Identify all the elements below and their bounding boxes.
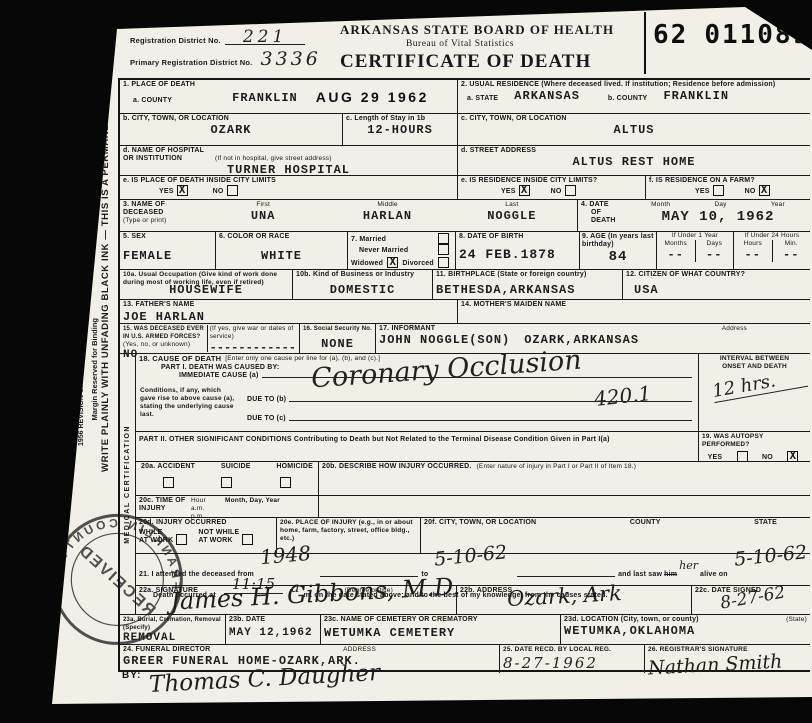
scanned-death-certificate: Dr. Gibbons 5 Form VS-4¼—40M—5-58—141976…	[0, 0, 812, 723]
usual-residence-title: 2. USUAL RESIDENCE (Where deceased lived…	[461, 81, 807, 89]
death-city-limits-yes-checkbox: X	[177, 185, 188, 196]
burial-type-label: 23a. Burial, Cremation, Removal (Specify…	[123, 616, 222, 632]
funeral-director-address-label: ADDRESS	[343, 646, 376, 654]
injury-description-label: 20b. DESCRIBE HOW INJURY OCCURRED.	[322, 463, 472, 471]
field-age: 9. AGE (In years last birthday) 84 If Un…	[579, 232, 810, 269]
field-date-received: 25. DATE RECD. BY LOCAL REG. 8-27-1962	[499, 645, 644, 673]
industry-label: 10b. Kind of Business or Industry	[296, 271, 429, 279]
middle-name-header: Middle	[325, 201, 449, 209]
first-name-header: First	[201, 201, 325, 209]
field-mother-maiden-name: 14. MOTHER'S MAIDEN NAME	[457, 300, 810, 323]
interval-label-1: INTERVAL BETWEEN	[702, 355, 807, 363]
residence-city-limits-yes-label: YES	[501, 188, 516, 196]
social-security-value: NONE	[303, 337, 372, 351]
residence-city-limits-no-checkbox	[565, 185, 576, 196]
middle-name-value: HARLAN	[325, 209, 449, 223]
field-social-security: 16. Social Security No. NONE	[299, 324, 375, 353]
field-place-of-death-county: 1. PLACE OF DEATH a. COUNTY FRANKLIN AUG…	[120, 80, 457, 113]
certificate-number: 62 011089	[653, 20, 810, 50]
injury-state-label: STATE	[754, 519, 777, 527]
primary-reg-district-value: 3336	[252, 52, 328, 67]
residence-city-limits-yes-checkbox: X	[519, 185, 530, 196]
informant-label: 17. INFORMANT	[379, 325, 435, 333]
field-date-of-death: 4. DATE OF DEATH Month Day Year MAY 10, …	[577, 200, 810, 231]
hours-header: Hours	[734, 240, 772, 248]
widowed-checkbox: X	[387, 257, 398, 268]
header-divider	[644, 12, 646, 74]
year-header: Year	[771, 201, 785, 209]
medical-certification-label: MEDICAL CERTIFICATION	[124, 425, 131, 544]
certificate-sheet: Dr. Gibbons 5 Form VS-4¼—40M—5-58—141976…	[0, 0, 812, 723]
injury-occurred-label: 20d. INJURY OCCURRED	[139, 519, 273, 527]
field-marital-status: 7. Married Never Married Widowed X Divor…	[347, 232, 455, 269]
field-residence-city: c. CITY, TOWN, OR LOCATION ALTUS	[457, 114, 810, 145]
field-cause-of-death: 18. CAUSE OF DEATH [Enter only one cause…	[136, 354, 698, 431]
city-of-death-label: b. CITY, TOWN, OR LOCATION	[123, 115, 339, 123]
place-of-injury-label: 20e. PLACE OF INJURY (e.g., in or about …	[280, 519, 417, 543]
field-time-of-injury: 20c. TIME OF INJURY Hour a.m. p.m. Month…	[136, 496, 318, 517]
death-city-limits-label: e. IS PLACE OF DEATH INSIDE CITY LIMITS	[123, 177, 454, 185]
armed-forces-dashes: ------------	[210, 341, 296, 355]
social-security-label: 16. Social Security No.	[303, 325, 372, 333]
day-header: Day	[714, 201, 726, 209]
by-label: BY:	[122, 672, 141, 680]
due-to-b-label: DUE TO (b)	[247, 396, 286, 404]
field-accident-suicide-homicide: 20a. ACCIDENT SUICIDE HOMICIDE	[136, 462, 318, 495]
age-value: 84	[582, 249, 654, 265]
not-while-at-work-checkbox	[242, 534, 253, 545]
citizenship-value: USA	[634, 283, 807, 297]
burial-date-value: MAY 12,1962	[229, 627, 317, 639]
while-label: WHILE	[139, 529, 173, 537]
sex-value: FEMALE	[123, 249, 212, 263]
field-length-of-stay: c. Length of Stay in 1b 12-HOURS	[342, 114, 457, 145]
field-time-of-injury-blank	[318, 496, 810, 517]
field-occupation: 10a. Usual Occupation (Give kind of work…	[120, 270, 292, 299]
field-birthplace: 11. BIRTHPLACE (State or foreign country…	[432, 270, 622, 299]
field-name-of-deceased: 3. NAME OF DECEASED (Type or print) Firs…	[120, 200, 577, 231]
informant-value: JOHN NOGGLE(SON)	[379, 333, 510, 347]
divorced-label: Divorced	[402, 260, 434, 268]
birthplace-label: 11. BIRTHPLACE (State or foreign country…	[436, 271, 619, 279]
field-street-address: d. STREET ADDRESS ALTUS REST HOME	[457, 146, 810, 175]
married-checkbox	[438, 233, 449, 244]
cause-of-death-label: 18. CAUSE OF DEATH	[139, 355, 221, 363]
deceased-name-sublabel: (Type or print)	[123, 217, 201, 225]
minutes-header: Min.	[773, 240, 811, 248]
margin-permanent-record-note: WRITE PLAINLY WITH UNFADING BLACK INK — …	[100, 62, 111, 472]
suicide-label: SUICIDE	[221, 463, 251, 471]
hospital-value: TURNER HOSPITAL	[123, 163, 454, 177]
due-to-c-line	[289, 420, 692, 421]
not-while-label: NOT WHILE	[198, 529, 239, 537]
field-hospital-name: d. NAME OF HOSPITAL OR INSTITUTION (If n…	[120, 146, 457, 175]
field-industry: 10b. Kind of Business or Industry DOMEST…	[292, 270, 432, 299]
autopsy-label: 19. WAS AUTOPSY PERFORMED?	[702, 433, 807, 449]
certificate-number-prefix: 62	[653, 20, 688, 50]
received-date-stamp: AUG 29 1962	[316, 89, 429, 105]
street-address-value: ALTUS REST HOME	[461, 155, 807, 169]
citizenship-label: 12. CITIZEN OF WHAT COUNTRY?	[626, 271, 807, 279]
residence-city-label: c. CITY, TOWN, OR LOCATION	[461, 115, 807, 123]
minutes-value: --	[773, 248, 811, 262]
punch-hole-bottom	[28, 463, 55, 490]
autopsy-no-checkbox: X	[787, 451, 798, 462]
residence-county-value: FRANKLIN	[663, 89, 729, 103]
hours-value: --	[734, 248, 772, 262]
date-received-label: 25. DATE RECD. BY LOCAL REG.	[503, 646, 641, 654]
accident-checkbox	[163, 477, 174, 488]
residence-farm-no-checkbox: X	[759, 185, 770, 196]
certificate-title: CERTIFICATE OF DEATH	[340, 51, 580, 73]
injury-description-sublabel: (Enter nature of injury in Part I or Par…	[477, 463, 637, 471]
widowed-label: Widowed	[351, 260, 383, 268]
father-name-value: JOE HARLAN	[123, 310, 454, 324]
sex-label: 5. SEX	[123, 233, 212, 241]
field-informant: 17. INFORMANT Address JOHN NOGGLE(SON) O…	[375, 324, 810, 353]
am-label: a.m.	[191, 505, 225, 513]
last-name-value: NOGGLE	[450, 209, 574, 223]
county-label: a. COUNTY	[133, 97, 172, 105]
residence-farm-yes-checkbox	[713, 185, 724, 196]
place-of-death-title: 1. PLACE OF DEATH	[123, 81, 454, 89]
cemetery-location-value: WETUMKA,OKLAHOMA	[564, 624, 807, 638]
field-sex: 5. SEX FEMALE	[120, 232, 215, 269]
race-value: WHITE	[219, 249, 344, 263]
accident-label: ACCIDENT	[157, 463, 195, 470]
month-day-year-label: Month, Day, Year	[225, 497, 280, 516]
armed-forces-label: 15. WAS DECEASED EVER IN U.S. ARMED FORC…	[123, 325, 207, 341]
autopsy-yes-checkbox	[737, 451, 748, 462]
state-label: a. STATE	[467, 95, 498, 103]
days-header: Days	[696, 240, 734, 248]
reg-district-label: Registration District No.	[130, 36, 221, 45]
last-saw-her-handwritten: her	[679, 559, 698, 572]
county-value: FRANKLIN	[232, 91, 298, 105]
bureau-subtitle: Bureau of Vital Statistics	[340, 39, 580, 49]
suicide-checkbox	[221, 477, 232, 488]
burial-date-label: 23b. DATE	[229, 616, 317, 624]
title-block: ARKANSAS STATE BOARD OF HEALTH Bureau of…	[340, 22, 580, 73]
field-father-name: 13. FATHER'S NAME JOE HARLAN	[120, 300, 457, 323]
while-at-work-label: AT WORK	[139, 537, 173, 545]
homicide-checkbox	[280, 477, 291, 488]
field-residence-inside-city-limits: e. IS RESIDENCE INSIDE CITY LIMITS? YES …	[457, 176, 645, 199]
field-burial-type: 23a. Burial, Cremation, Removal (Specify…	[120, 615, 225, 644]
field-cemetery-name: 23c. NAME OF CEMETERY OR CREMATORY WETUM…	[320, 615, 560, 644]
never-married-label: Never Married	[359, 247, 408, 255]
armed-forces-sublabel-1: (Yes, no, or unknown)	[123, 341, 207, 349]
field-city-of-death: b. CITY, TOWN, OR LOCATION OZARK	[120, 114, 342, 145]
hospital-label: d. NAME OF HOSPITAL OR INSTITUTION	[123, 147, 215, 163]
date-received-value: 8-27-1962	[503, 654, 641, 672]
burial-type-value: REMOVAL	[123, 632, 222, 644]
under-1-year-header: If Under 1 Year	[657, 232, 733, 240]
margin-binding-note: Margin Reserved for Binding	[90, 318, 99, 421]
death-city-limits-yes-label: YES	[159, 188, 174, 196]
injury-city-label: 20f. CITY, TOWN, OR LOCATION	[424, 519, 536, 527]
industry-value: DOMESTIC	[296, 283, 429, 297]
not-while-at-work-label: AT WORK	[198, 537, 239, 545]
state-value: ARKANSAS	[514, 89, 580, 103]
field-autopsy: 19. WAS AUTOPSY PERFORMED? YES NO X	[698, 432, 810, 461]
mother-maiden-name-label: 14. MOTHER'S MAIDEN NAME	[461, 301, 807, 309]
field-attended-deceased: 21. I attended the deceased from 1948 to…	[136, 554, 810, 585]
months-header: Months	[657, 240, 695, 248]
divorced-checkbox	[438, 257, 449, 268]
medical-certification-strip: MEDICAL CERTIFICATION	[120, 354, 136, 614]
20a-number: 20a.	[141, 463, 155, 470]
field-how-injury-occurred: 20b. DESCRIBE HOW INJURY OCCURRED. (Ente…	[318, 462, 810, 495]
date-of-birth-label: 8. DATE OF BIRTH	[459, 233, 576, 241]
field-physician-signature: 22a. SIGNATURE (Degree or title) James H…	[136, 586, 456, 614]
residence-city-limits-label: e. IS RESIDENCE INSIDE CITY LIMITS?	[461, 177, 642, 185]
informant-address-value: OZARK,ARKANSAS	[524, 333, 639, 347]
field-residence-on-farm: f. IS RESIDENCE ON A FARM? YES NO X	[645, 176, 810, 199]
marital-number: 7.	[351, 236, 357, 243]
registration-header: Registration District No. 221 Primary Re…	[130, 30, 335, 67]
field-physician-address: 22b. ADDRESS Ozark, Ark	[456, 586, 691, 614]
deceased-name-label-2: DECEASED	[123, 209, 201, 217]
margin-handwritten-note: Dr. Gibbons	[18, 330, 36, 419]
residence-farm-no-label: NO	[745, 188, 756, 196]
race-label: 6. COLOR OR RACE	[219, 233, 344, 241]
conditions-note: Conditions, if any, which gave rise to a…	[140, 387, 236, 419]
due-to-c-label: DUE TO (c)	[247, 415, 286, 423]
board-of-health-title: ARKANSAS STATE BOARD OF HEALTH	[340, 22, 580, 38]
certificate-number-serial: 011089	[704, 20, 810, 50]
months-value: --	[657, 248, 695, 262]
hospital-sublabel: (If not in hospital, give street address…	[215, 155, 332, 163]
field-part-two: PART II. OTHER SIGNIFICANT CONDITIONS Co…	[136, 432, 698, 461]
date-of-death-value: MAY 10, 1962	[629, 209, 807, 225]
margin-form-number: Form VS-4¼—40M—5-58—141976—C.-McB.	[66, 300, 73, 437]
field-citizenship: 12. CITIZEN OF WHAT COUNTRY? USA	[622, 270, 810, 299]
cemetery-name-value: WETUMKA CEMETERY	[324, 626, 557, 640]
funeral-director-label: 24. FUNERAL DIRECTOR	[123, 646, 210, 654]
autopsy-no-label: NO	[762, 454, 773, 462]
time-of-injury-label: 20c. TIME OF INJURY	[139, 497, 191, 516]
field-death-inside-city-limits: e. IS PLACE OF DEATH INSIDE CITY LIMITS …	[120, 176, 457, 199]
while-at-work-checkbox	[176, 534, 187, 545]
field-date-signed: 22c. DATE SIGNED 8-27-62	[691, 586, 810, 614]
cause-code-handwritten: 420.1	[593, 381, 652, 411]
street-address-label: d. STREET ADDRESS	[461, 147, 807, 155]
death-city-limits-no-label: NO	[213, 188, 224, 196]
field-interval-onset-death: INTERVAL BETWEEN ONSET AND DEATH 12 hrs.	[698, 354, 810, 431]
residence-county-label: b. COUNTY	[608, 95, 648, 103]
last-name-header: Last	[450, 201, 574, 209]
margin-revision-note: 1956 REVISION OF STANDARD CERTIFICATE	[78, 295, 85, 446]
deceased-name-label-1: 3. NAME OF	[123, 201, 201, 209]
age-label: 9. AGE (In years last birthday)	[582, 233, 654, 249]
field-armed-forces: 15. WAS DECEASED EVER IN U.S. ARMED FORC…	[120, 324, 299, 353]
field-burial-date: 23b. DATE MAY 12,1962	[225, 615, 320, 644]
field-injury-at-work: 20d. INJURY OCCURRED WHILE AT WORK NOT W…	[136, 518, 276, 553]
punch-hole-top	[44, 168, 71, 195]
residence-city-limits-no-label: NO	[551, 188, 562, 196]
city-of-death-value: OZARK	[123, 123, 339, 137]
attended-from-value: 1948	[259, 541, 312, 569]
autopsy-yes-label: YES	[708, 454, 723, 462]
part-two-label: PART II. OTHER SIGNIFICANT CONDITIONS Co…	[139, 436, 695, 444]
reg-district-value: 221	[225, 30, 305, 45]
cemetery-name-label: 23c. NAME OF CEMETERY OR CREMATORY	[324, 616, 557, 624]
date-of-death-label-3: DEATH	[591, 217, 629, 225]
residence-city-value: ALTUS	[461, 123, 807, 137]
hour-label: Hour	[191, 497, 225, 505]
margin-handwritten-number: 5	[30, 300, 43, 307]
homicide-label: HOMICIDE	[276, 463, 313, 471]
field-usual-residence: 2. USUAL RESIDENCE (Where deceased lived…	[457, 80, 810, 113]
first-name-value: UNA	[201, 209, 325, 223]
residence-farm-yes-label: YES	[695, 188, 710, 196]
field-color-or-race: 6. COLOR OR RACE WHITE	[215, 232, 347, 269]
days-value: --	[696, 248, 734, 262]
date-of-death-label-1: 4. DATE	[581, 201, 629, 209]
married-label: Married	[359, 236, 386, 243]
primary-reg-district-label: Primary Registration District No.	[130, 58, 252, 67]
immediate-cause-label: IMMEDIATE CAUSE (a)	[179, 372, 259, 380]
armed-forces-sublabel-2: (If yes, give war or dates of service)	[210, 325, 296, 341]
residence-farm-label: f. IS RESIDENCE ON A FARM?	[649, 177, 807, 185]
injury-county-label: COUNTY	[630, 519, 661, 527]
date-of-death-label-2: OF	[591, 209, 629, 217]
cemetery-location-label: 23d. LOCATION (City, town, or county)	[564, 616, 699, 624]
physician-address-value: Ozark, Ark	[506, 581, 622, 611]
field-registrar-signature: 26. REGISTRAR'S SIGNATURE Nathan Smith	[644, 645, 810, 673]
medical-certification-block: MEDICAL CERTIFICATION 18. CAUSE OF DEATH…	[120, 354, 810, 615]
date-of-birth-value: 24 FEB.1878	[459, 247, 576, 262]
under-24-hours-header: If Under 24 Hours	[734, 232, 810, 240]
field-date-of-birth: 8. DATE OF BIRTH 24 FEB.1878	[455, 232, 579, 269]
length-of-stay-value: 12-HOURS	[346, 123, 454, 137]
last-saw-label: and last saw	[618, 571, 662, 579]
by-line: BY: Thomas C. Daugher	[122, 672, 381, 692]
father-name-label: 13. FATHER'S NAME	[123, 301, 454, 309]
death-city-limits-no-checkbox	[227, 185, 238, 196]
last-saw-him-struck: him	[664, 571, 677, 579]
field-cemetery-location: 23d. LOCATION (City, town, or county) (S…	[560, 615, 810, 644]
alive-on-label: alive on	[700, 571, 728, 579]
month-header: Month	[651, 201, 670, 209]
certificate-form: 1. PLACE OF DEATH a. COUNTY FRANKLIN AUG…	[118, 78, 810, 672]
length-of-stay-label: c. Length of Stay in 1b	[346, 115, 454, 123]
informant-address-label: Address	[722, 325, 747, 333]
birthplace-value: BETHESDA,ARKANSAS	[436, 283, 619, 297]
never-married-checkbox	[438, 244, 449, 255]
registrar-signature-value: Nathan Smith	[648, 650, 783, 679]
cemetery-state-label: (State)	[786, 616, 807, 624]
